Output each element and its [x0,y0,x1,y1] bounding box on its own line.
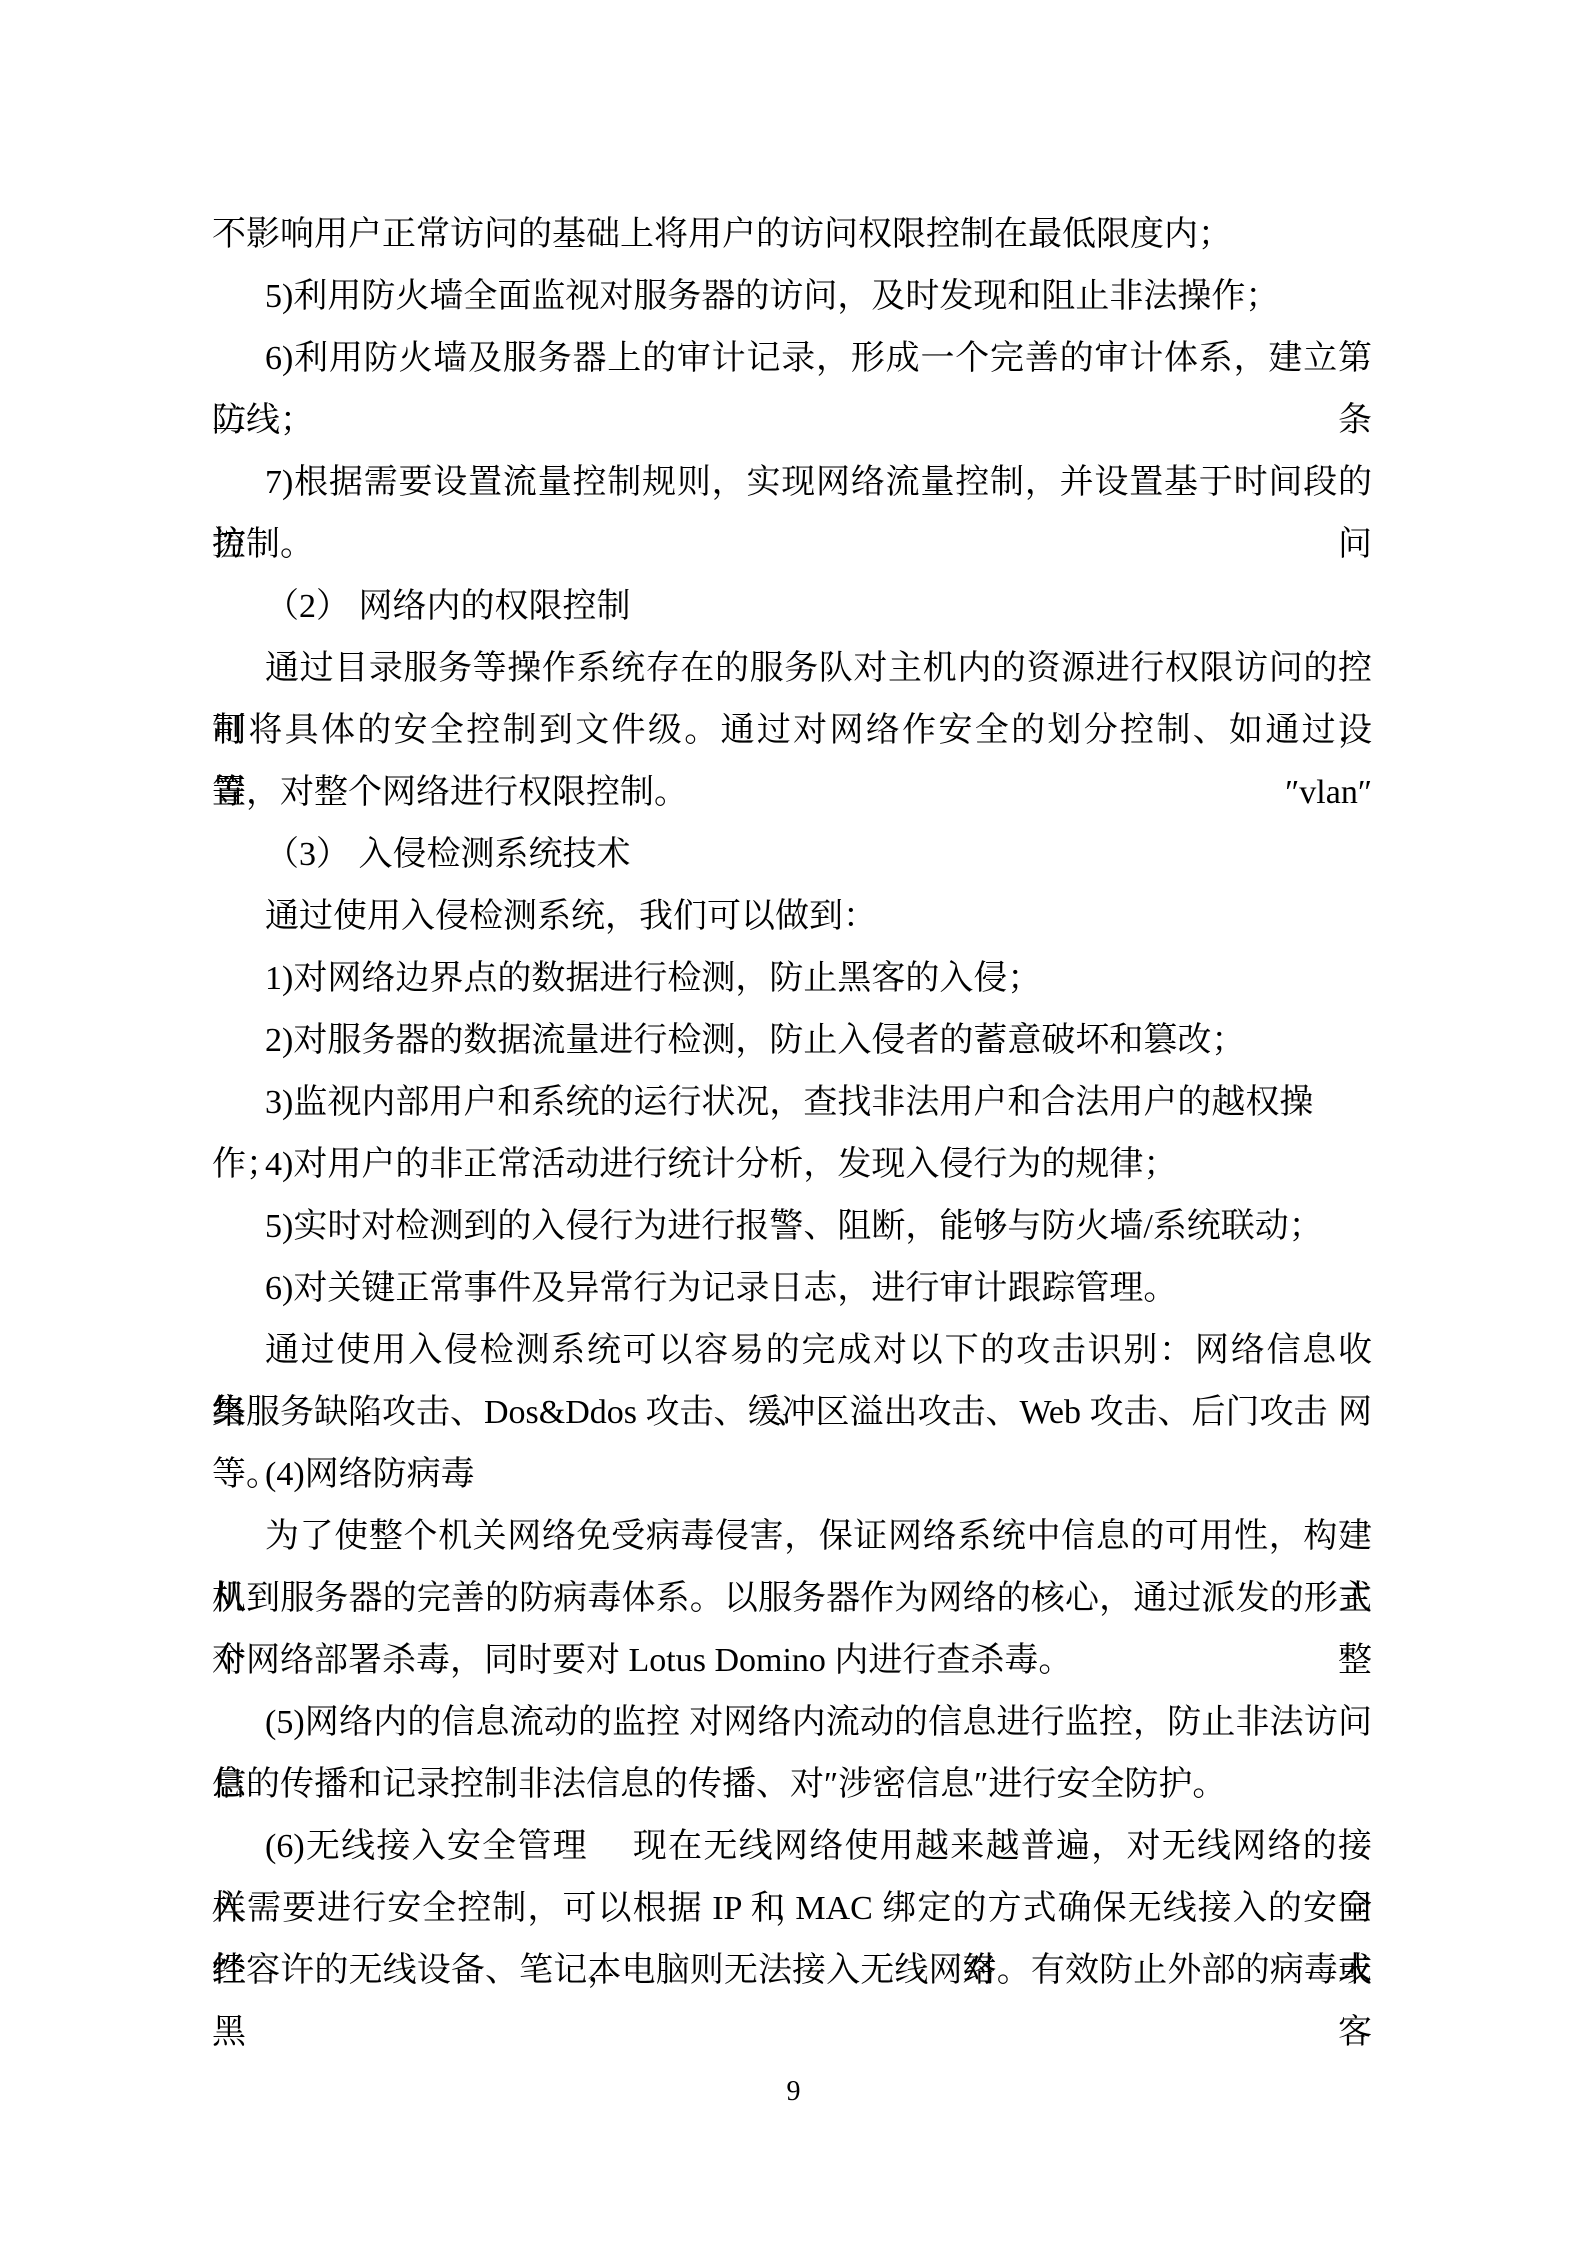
text-line: (4)网络防病毒 [212,1444,1372,1506]
text-line: 4)对用户的非正常活动进行统计分析，发现入侵行为的规律； [212,1134,1372,1196]
text-line: 通过目录服务等操作系统存在的服务队对主机内的资源进行权限访问的控制， [212,638,1372,700]
text-line: 样需要进行安全控制，可以根据 IP 和 MAC 绑定的方式确保无线接入的安全性，… [212,1878,1372,1940]
document-text-block: 不影响用户正常访问的基础上将用户的访问权限控制在最低限度内；5)利用防火墙全面监… [212,204,1372,2002]
text-line: 7)根据需要设置流量控制规则，实现网络流量控制，并设置基于时间段的访问 [212,452,1372,514]
text-line: 通过使用入侵检测系统可以容易的完成对以下的攻击识别：网络信息收集、网 [212,1320,1372,1382]
text-line: 息的传播和记录控制非法信息的传播、对″涉密信息″进行安全防护。 [212,1754,1372,1816]
text-line: （2） 网络内的权限控制 [212,576,1372,638]
page-number: 9 [0,2072,1587,2112]
text-line: 5)利用防火墙全面监视对服务器的访问，及时发现和阻止非法操作； [212,266,1372,328]
text-line: 不影响用户正常访问的基础上将用户的访问权限控制在最低限度内； [212,204,1372,266]
text-line: 机到服务器的完善的防病毒体系。以服务器作为网络的核心，通过派发的形式对整 [212,1568,1372,1630]
text-line: 5)实时对检测到的入侵行为进行报警、阻断，能够与防火墙/系统联动； [212,1196,1372,1258]
text-line: 1)对网络边界点的数据进行检测，防止黑客的入侵； [212,948,1372,1010]
text-line: 络服务缺陷攻击、Dos&Ddos 攻击、缓冲区溢出攻击、Web 攻击、后门攻击等… [212,1382,1372,1444]
text-line: 6)对关键正常事件及异常行为记录日志，进行审计跟踪管理。 [212,1258,1372,1320]
text-line: 2)对服务器的数据流量进行检测，防止入侵者的蓄意破坏和篡改； [212,1010,1372,1072]
text-line: 6)利用防火墙及服务器上的审计记录，形成一个完善的审计体系，建立第二条 [212,328,1372,390]
text-line: 通过使用入侵检测系统，我们可以做到： [212,886,1372,948]
text-line: 3)监视内部用户和系统的运行状况，查找非法用户和合法用户的越权操作； [212,1072,1372,1134]
document-page: 不影响用户正常访问的基础上将用户的访问权限控制在最低限度内；5)利用防火墙全面监… [0,0,1587,2245]
text-line: 为了使整个机关网络免受病毒侵害，保证网络系统中信息的可用性，构建从主 [212,1506,1372,1568]
text-line: (5)网络内的信息流动的监控 对网络内流动的信息进行监控，防止非法访问信 [212,1692,1372,1754]
text-line: （3） 入侵检测系统技术 [212,824,1372,886]
text-line: 经容许的无线设备、笔记本电脑则无法接入无线网络。有效防止外部的病毒或黑客 [212,1940,1372,2002]
text-line: 可将具体的安全控制到文件级。通过对网络作安全的划分控制、如通过设置″vlan″ [212,700,1372,762]
text-line: (6)无线接入安全管理 现在无线网络使用越来越普遍，对无线网络的接入，同 [212,1816,1372,1878]
